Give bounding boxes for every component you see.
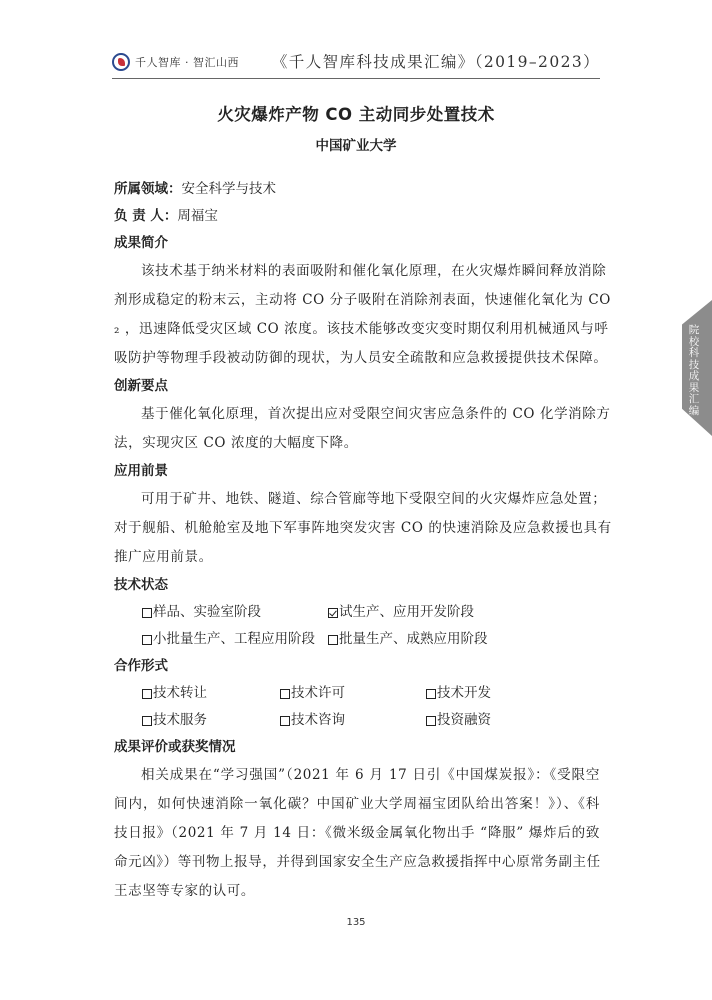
application-line: 可用于矿井、地铁、隧道、综合管廊等地下受限空间的火灾爆炸应急处置； xyxy=(114,485,600,514)
option-label: 技术转让 xyxy=(153,680,207,707)
document-title: 火灾爆炸产物 CO 主动同步处置技术 xyxy=(0,101,712,125)
document-body: 所属领域：安全科学与技术 负 责 人：周福宝 成果简介 该技术基于纳米材料的表面… xyxy=(114,176,600,906)
cooperation-option-license[interactable]: 技术许可 xyxy=(280,680,426,707)
checkbox-checked-icon[interactable] xyxy=(328,608,338,618)
checkbox-unchecked-icon[interactable] xyxy=(142,608,152,618)
thinktank-logo-icon xyxy=(112,53,130,71)
section-heading-tech-status: 技术状态 xyxy=(114,572,600,599)
option-label: 投资融资 xyxy=(437,707,491,734)
publication-title: 《千人智库科技成果汇编》（2019–2023） xyxy=(272,50,600,72)
option-label: 试生产、应用开发阶段 xyxy=(339,599,474,626)
evaluation-line: 命元凶》）等刊物上报导，并得到国家安全生产应急救援指挥中心原常务副主任 xyxy=(114,848,600,877)
checkbox-unchecked-icon[interactable] xyxy=(142,689,152,699)
checkbox-unchecked-icon[interactable] xyxy=(280,716,290,726)
page-header: 千人智库 · 智汇山西 《千人智库科技成果汇编》（2019–2023） xyxy=(112,50,600,79)
tech-status-row: 小批量生产、工程应用阶段 批量生产、成熟应用阶段 xyxy=(142,626,600,653)
leader-label: 负 责 人： xyxy=(114,208,177,224)
tech-status-row: 样品、实验室阶段 试生产、应用开发阶段 xyxy=(142,599,600,626)
application-line: 对于舰船、机舱舱室及地下军事阵地突发灾害 CO 的快速消除及应急救援也具有 xyxy=(114,514,600,543)
option-label: 技术许可 xyxy=(291,680,345,707)
section-heading-innovation: 创新要点 xyxy=(114,373,600,400)
checkbox-unchecked-icon[interactable] xyxy=(142,635,152,645)
section-heading-cooperation: 合作形式 xyxy=(114,653,600,680)
checkbox-unchecked-icon[interactable] xyxy=(426,689,436,699)
page-number: 135 xyxy=(0,917,712,928)
section-heading-summary: 成果简介 xyxy=(114,230,600,257)
cooperation-option-transfer[interactable]: 技术转让 xyxy=(142,680,280,707)
institution-name: 中国矿业大学 xyxy=(0,134,712,154)
option-label: 技术咨询 xyxy=(291,707,345,734)
checkbox-unchecked-icon[interactable] xyxy=(280,689,290,699)
summary-line: 该技术基于纳米材料的表面吸附和催化氧化原理，在火灾爆炸瞬间释放消除 xyxy=(114,257,600,286)
cooperation-row: 技术转让 技术许可 技术开发 xyxy=(142,680,600,707)
option-label: 样品、实验室阶段 xyxy=(153,599,261,626)
option-label: 技术开发 xyxy=(437,680,491,707)
brand-text: 千人智库 · 智汇山西 xyxy=(135,54,239,70)
field-row: 所属领域：安全科学与技术 xyxy=(114,176,600,203)
cooperation-row: 技术服务 技术咨询 投资融资 xyxy=(142,707,600,734)
section-heading-application: 应用前景 xyxy=(114,458,600,485)
tech-status-option-trial[interactable]: 试生产、应用开发阶段 xyxy=(328,599,474,626)
side-tab-label: 院校科技成果汇编 xyxy=(686,325,702,417)
leader-value: 周福宝 xyxy=(177,208,218,224)
tech-status-option-mass[interactable]: 批量生产、成熟应用阶段 xyxy=(328,626,488,653)
option-label: 小批量生产、工程应用阶段 xyxy=(153,626,315,653)
field-label: 所属领域： xyxy=(114,181,182,197)
evaluation-line: 技日报》（2021 年 7 月 14 日：《微米级金属氧化物出手 “降服” 爆炸… xyxy=(114,819,600,848)
application-line: 推广应用前景。 xyxy=(114,543,600,572)
summary-line: 吸防护等物理手段被动防御的现状，为人员安全疏散和应急救援提供技术保障。 xyxy=(114,344,600,373)
innovation-line: 基于催化氧化原理，首次提出应对受限空间灾害应急条件的 CO 化学消除方 xyxy=(114,400,600,429)
evaluation-line: 间内，如何快速消除一氧化碳？中国矿业大学周福宝团队给出答案！》）、《科 xyxy=(114,790,600,819)
cooperation-option-service[interactable]: 技术服务 xyxy=(142,707,280,734)
cooperation-option-development[interactable]: 技术开发 xyxy=(426,680,491,707)
option-label: 技术服务 xyxy=(153,707,207,734)
cooperation-option-consulting[interactable]: 技术咨询 xyxy=(280,707,426,734)
summary-line: ₂ ，迅速降低受灾区域 CO 浓度。该技术能够改变灾变时期仅利用机械通风与呼 xyxy=(114,315,600,344)
application-paragraph: 可用于矿井、地铁、隧道、综合管廊等地下受限空间的火灾爆炸应急处置； 对于舰船、机… xyxy=(114,485,600,572)
summary-paragraph: 该技术基于纳米材料的表面吸附和催化氧化原理，在火灾爆炸瞬间释放消除 剂形成稳定的… xyxy=(114,257,600,373)
tech-status-option-sample[interactable]: 样品、实验室阶段 xyxy=(142,599,328,626)
field-value: 安全科学与技术 xyxy=(182,181,277,197)
evaluation-paragraph: 相关成果在“学习强国”（2021 年 6 月 17 日引《中国煤炭报》：《受限空… xyxy=(114,761,600,906)
innovation-line: 法，实现灾区 CO 浓度的大幅度下降。 xyxy=(114,429,600,458)
evaluation-line: 相关成果在“学习强国”（2021 年 6 月 17 日引《中国煤炭报》：《受限空 xyxy=(114,761,600,790)
innovation-paragraph: 基于催化氧化原理，首次提出应对受限空间灾害应急条件的 CO 化学消除方 法，实现… xyxy=(114,400,600,458)
tech-status-option-small-batch[interactable]: 小批量生产、工程应用阶段 xyxy=(142,626,328,653)
section-heading-evaluation: 成果评价或获奖情况 xyxy=(114,734,600,761)
tech-status-options: 样品、实验室阶段 试生产、应用开发阶段 小批量生产、工程应用阶段 批量生产、成熟… xyxy=(114,599,600,653)
checkbox-unchecked-icon[interactable] xyxy=(426,716,436,726)
leader-row: 负 责 人：周福宝 xyxy=(114,203,600,230)
checkbox-unchecked-icon[interactable] xyxy=(328,635,338,645)
header-brand: 千人智库 · 智汇山西 xyxy=(112,53,239,71)
option-label: 批量生产、成熟应用阶段 xyxy=(339,626,488,653)
cooperation-options: 技术转让 技术许可 技术开发 技术服务 技术咨询 投资融资 xyxy=(114,680,600,734)
checkbox-unchecked-icon[interactable] xyxy=(142,716,152,726)
evaluation-line: 王志坚等专家的认可。 xyxy=(114,877,600,906)
cooperation-option-investment[interactable]: 投资融资 xyxy=(426,707,491,734)
summary-line: 剂形成稳定的粉末云，主动将 CO 分子吸附在消除剂表面，快速催化氧化为 CO xyxy=(114,286,600,315)
